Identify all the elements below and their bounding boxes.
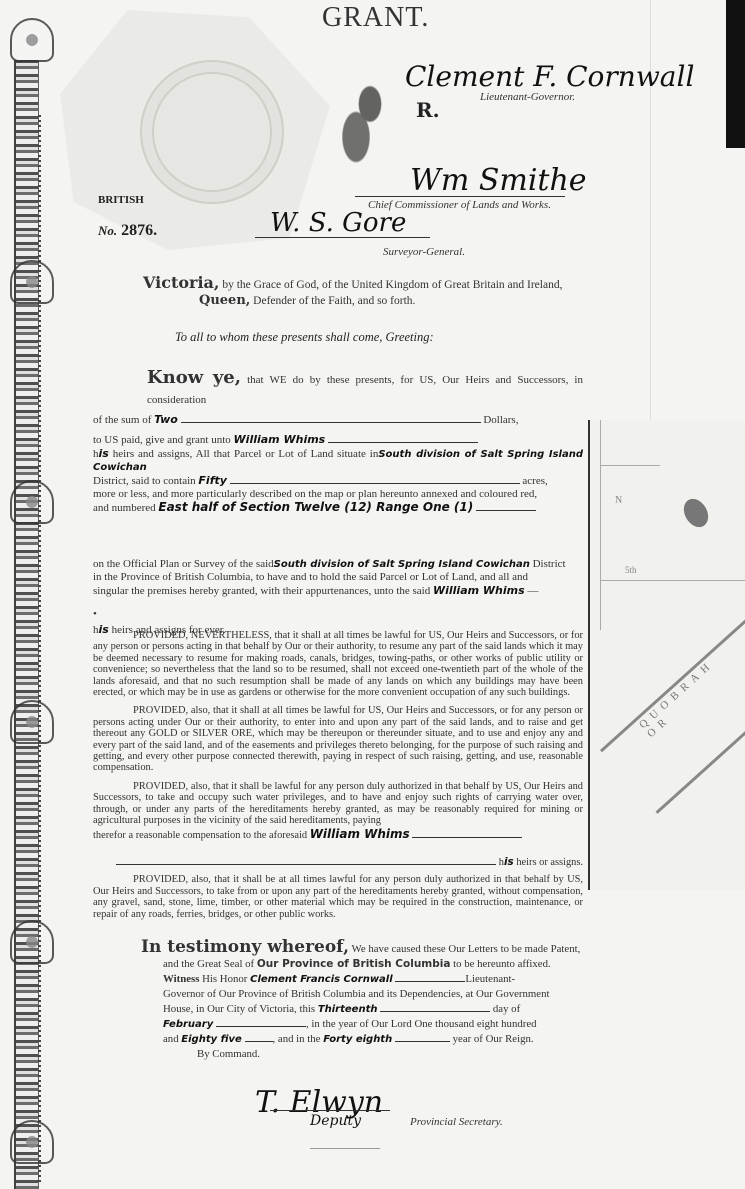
page-title: GRANT.: [322, 2, 429, 34]
parcel-section: his heirs and assigns, All that Parcel o…: [93, 447, 583, 515]
royal-initial: R.: [416, 98, 440, 122]
grant-month: February: [163, 1019, 213, 1030]
know-ye-section: Know ye, that WE do by these presents, f…: [93, 368, 583, 450]
border-ornament-icon: [10, 1120, 54, 1164]
proviso-minerals: PROVIDED, also, that it shall at all tim…: [93, 705, 583, 773]
lion-crest-icon: [328, 60, 398, 170]
surveyor-signature: W. S. Gore: [270, 208, 406, 238]
great-seal-icon: [140, 60, 284, 204]
grant-number-label: No.: [98, 223, 117, 238]
scan-edge: [726, 0, 745, 148]
proviso-materials: PROVIDED, also, that it shall be at all …: [93, 874, 583, 920]
grant-number: No. 2876.: [98, 222, 157, 240]
map-island-icon: [679, 495, 713, 532]
proviso-resumption: PROVIDED, NEVERTHELESS, that it shall at…: [93, 630, 583, 698]
commissioner-signature: Wm Smithe: [410, 163, 587, 198]
official-plan-section: on the Official Plan or Survey of the sa…: [93, 558, 583, 637]
lieutenant-governor-caption: Lieutenant-Governor.: [480, 91, 575, 103]
map-label: 5th: [625, 565, 637, 575]
secretary-caption: Provincial Secretary.: [410, 1116, 503, 1128]
lieutenant-governor-signature: Clement F. Cornwall: [405, 60, 694, 93]
grant-day: Thirteenth: [318, 1004, 378, 1015]
border-ornament-icon: [10, 18, 54, 62]
grantee-name: William Whims: [433, 584, 525, 597]
proviso-water: PROVIDED, also, that it shall be lawful …: [93, 781, 583, 827]
official-plan-location: South division of Salt Spring Island Cow…: [274, 559, 530, 570]
partial-heading: BRITISH: [98, 194, 144, 206]
reign-year: Forty eighth: [323, 1034, 392, 1045]
ornamental-border: [14, 60, 39, 1189]
deputy-signature: Deputy: [310, 1113, 361, 1129]
annexed-map: N 5th QUOBRAH OR: [588, 420, 745, 890]
preamble: Victoria, by the Grace of God, of the Un…: [143, 275, 593, 309]
border-ornament-icon: [10, 700, 54, 744]
grant-year: Eighty five: [181, 1034, 242, 1045]
grantee-name: William Whims: [310, 827, 410, 841]
acreage: Fifty: [198, 474, 227, 487]
greeting: To all to whom these presents shall come…: [175, 330, 434, 345]
testimony-section: In testimony whereof, We have caused the…: [145, 940, 583, 1062]
border-ornament-icon: [10, 480, 54, 524]
sum-value: Two: [154, 413, 178, 426]
grant-number-value: 2876.: [121, 222, 157, 239]
surveyor-caption: Surveyor-General.: [383, 246, 465, 258]
provisos-section: PROVIDED, NEVERTHELESS, that it shall at…: [93, 630, 583, 920]
map-label: N: [615, 495, 622, 506]
governor-name: Clement Francis Cornwall: [250, 974, 393, 985]
border-ornament-icon: [10, 920, 54, 964]
border-ornament-icon: [10, 260, 54, 304]
grantee-name: William Whims: [234, 433, 326, 446]
lot-number: East half of Section Twelve (12) Range O…: [158, 500, 473, 514]
